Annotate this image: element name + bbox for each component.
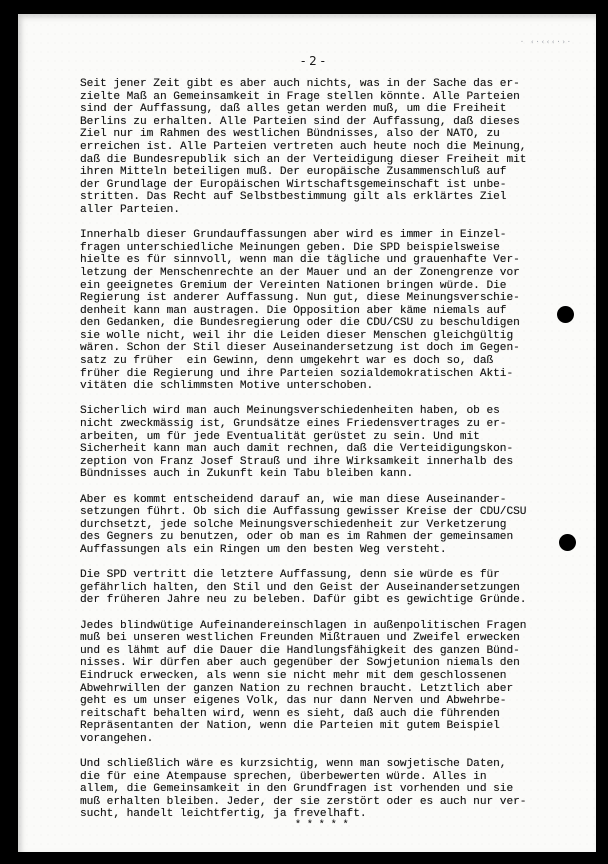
document-body: Seit jener Zeit gibt es aber auch nichts… (80, 78, 600, 830)
text-line: erreichen ist. Alle Parteien vertreten a… (80, 141, 600, 154)
text-line: daß die Bundesrepublik sich an der Verte… (80, 154, 600, 167)
text-line: Innerhalb dieser Grundauffassungen aber … (80, 229, 600, 242)
text-line: zielte Maß an Gemeinsamkeit in Frage ste… (80, 91, 600, 104)
text-line: der früheren Jahre neu zu beleben. Dafür… (80, 594, 600, 607)
paragraph: Aber es kommt entscheidend darauf an, wi… (80, 494, 600, 557)
text-line: stritten. Das Recht auf Selbstbestimmung… (80, 191, 600, 204)
paragraph: Sicherlich wird man auch Meinungsverschi… (80, 405, 600, 481)
handwritten-mark: · ‹·‹‹‹·›· (520, 38, 572, 46)
text-line: ihren Mitteln beteiligen muß. Der europä… (80, 166, 600, 179)
text-line: die für eine Atempause sprechen, überbew… (80, 771, 600, 784)
text-line: muß erhalten bleiben. Jeder, der sie zer… (80, 796, 600, 809)
text-line: aller Parteien. (80, 204, 600, 217)
paragraph: Seit jener Zeit gibt es aber auch nichts… (80, 78, 600, 217)
text-line: denheit kann man austragen. Die Oppositi… (80, 305, 600, 318)
text-line: reitschaft behalten wird, wenn es sieht,… (80, 708, 600, 721)
text-line: letzung der Menschenrechte an der Mauer … (80, 267, 600, 280)
text-line: Und schließlich wäre es kurzsichtig, wen… (80, 758, 600, 771)
text-line: Abwehrwillen der ganzen Nation zu rechne… (80, 683, 600, 696)
text-line: Regierung ist anderer Auffassung. Nun gu… (80, 292, 600, 305)
paragraph: Und schließlich wäre es kurzsichtig, wen… (80, 758, 600, 830)
paragraph: Jedes blindwütige Aufeinandereinschlagen… (80, 620, 600, 746)
text-line: vorangehen. (80, 733, 600, 746)
text-line: sie wolle nicht, weil ihr die Leiden die… (80, 330, 600, 343)
text-line: nicht zweckmässig ist, Grundsätze eines … (80, 418, 600, 431)
text-line: fragen unterschiedliche Meinungen geben.… (80, 242, 600, 255)
text-line: Repräsentanten der Nation, wenn die Part… (80, 720, 600, 733)
text-line: Sicherlich wird man auch Meinungsverschi… (80, 405, 600, 418)
text-line: Die SPD vertritt die letztere Auffassung… (80, 569, 600, 582)
text-line: sind der Auffassung, daß alles getan wer… (80, 103, 600, 116)
text-line: satz zu früher ein Gewinn, denn umgekehr… (80, 355, 600, 368)
text-line: Jedes blindwütige Aufeinandereinschlagen… (80, 620, 600, 633)
text-line: durchsetzt, jede solche Meinungsverschie… (80, 519, 600, 532)
text-line: nisses. Wir dürfen aber auch gegenüber d… (80, 657, 600, 670)
document-page: · ‹·‹‹‹·›· - 2 - Seit jener Zeit gibt es… (18, 14, 596, 852)
text-line: vitäten die schlimmsten Motive unterscho… (80, 380, 600, 393)
text-line: Bündnisses auch in Zukunft kein Tabu ble… (80, 468, 600, 481)
text-line: allem, die Gemeinsamkeit in den Grundfra… (80, 783, 600, 796)
text-line: gefährlich halten, den Stil und den Geis… (80, 582, 600, 595)
text-line: den Gedanken, die Bundesregierung oder d… (80, 317, 600, 330)
text-line: Berlins zu erhalten. Alle Parteien sind … (80, 116, 600, 129)
text-line: Seit jener Zeit gibt es aber auch nichts… (80, 78, 600, 91)
text-line: arbeiten, um für jede Eventualität gerüs… (80, 431, 600, 444)
text-line: ein geeignetes Gremium der Vereinten Nat… (80, 280, 600, 293)
paragraph: Innerhalb dieser Grundauffassungen aber … (80, 229, 600, 393)
text-line: muß bei unseren westlichen Freunden Mißt… (80, 632, 600, 645)
paragraph: Die SPD vertritt die letztere Auffassung… (80, 569, 600, 607)
text-line: der Grundlage der Europäischen Wirtschaf… (80, 179, 600, 192)
text-line: früher die Regierung und ihre Parteien s… (80, 368, 600, 381)
text-line: setzungen führt. Ob sich die Auffassung … (80, 506, 600, 519)
text-line: zeption von Franz Josef Strauß und ihre … (80, 456, 600, 469)
end-mark: * * * * * (80, 821, 600, 830)
text-line: hielte es für sinnvoll, wenn man die täg… (80, 254, 600, 267)
page-number: - 2 - (18, 54, 596, 68)
text-line: und es lähmt auf die Dauer die Handlungs… (80, 645, 600, 658)
text-line: Eindruck erwecken, als wenn sie nicht me… (80, 670, 600, 683)
text-line: Aber es kommt entscheidend darauf an, wi… (80, 494, 600, 507)
text-line: Sicherheit kann man auch damit rechnen, … (80, 443, 600, 456)
text-line: Auffassungen als ein Ringen um den beste… (80, 544, 600, 557)
text-line: wären. Schon der Stil dieser Auseinander… (80, 342, 600, 355)
text-line: Ziel nur im Rahmen des westlichen Bündni… (80, 128, 600, 141)
text-line: geht es um unser eigenes Volk, das nur d… (80, 695, 600, 708)
text-line: des Gegners zu benutzen, oder ob man es … (80, 531, 600, 544)
